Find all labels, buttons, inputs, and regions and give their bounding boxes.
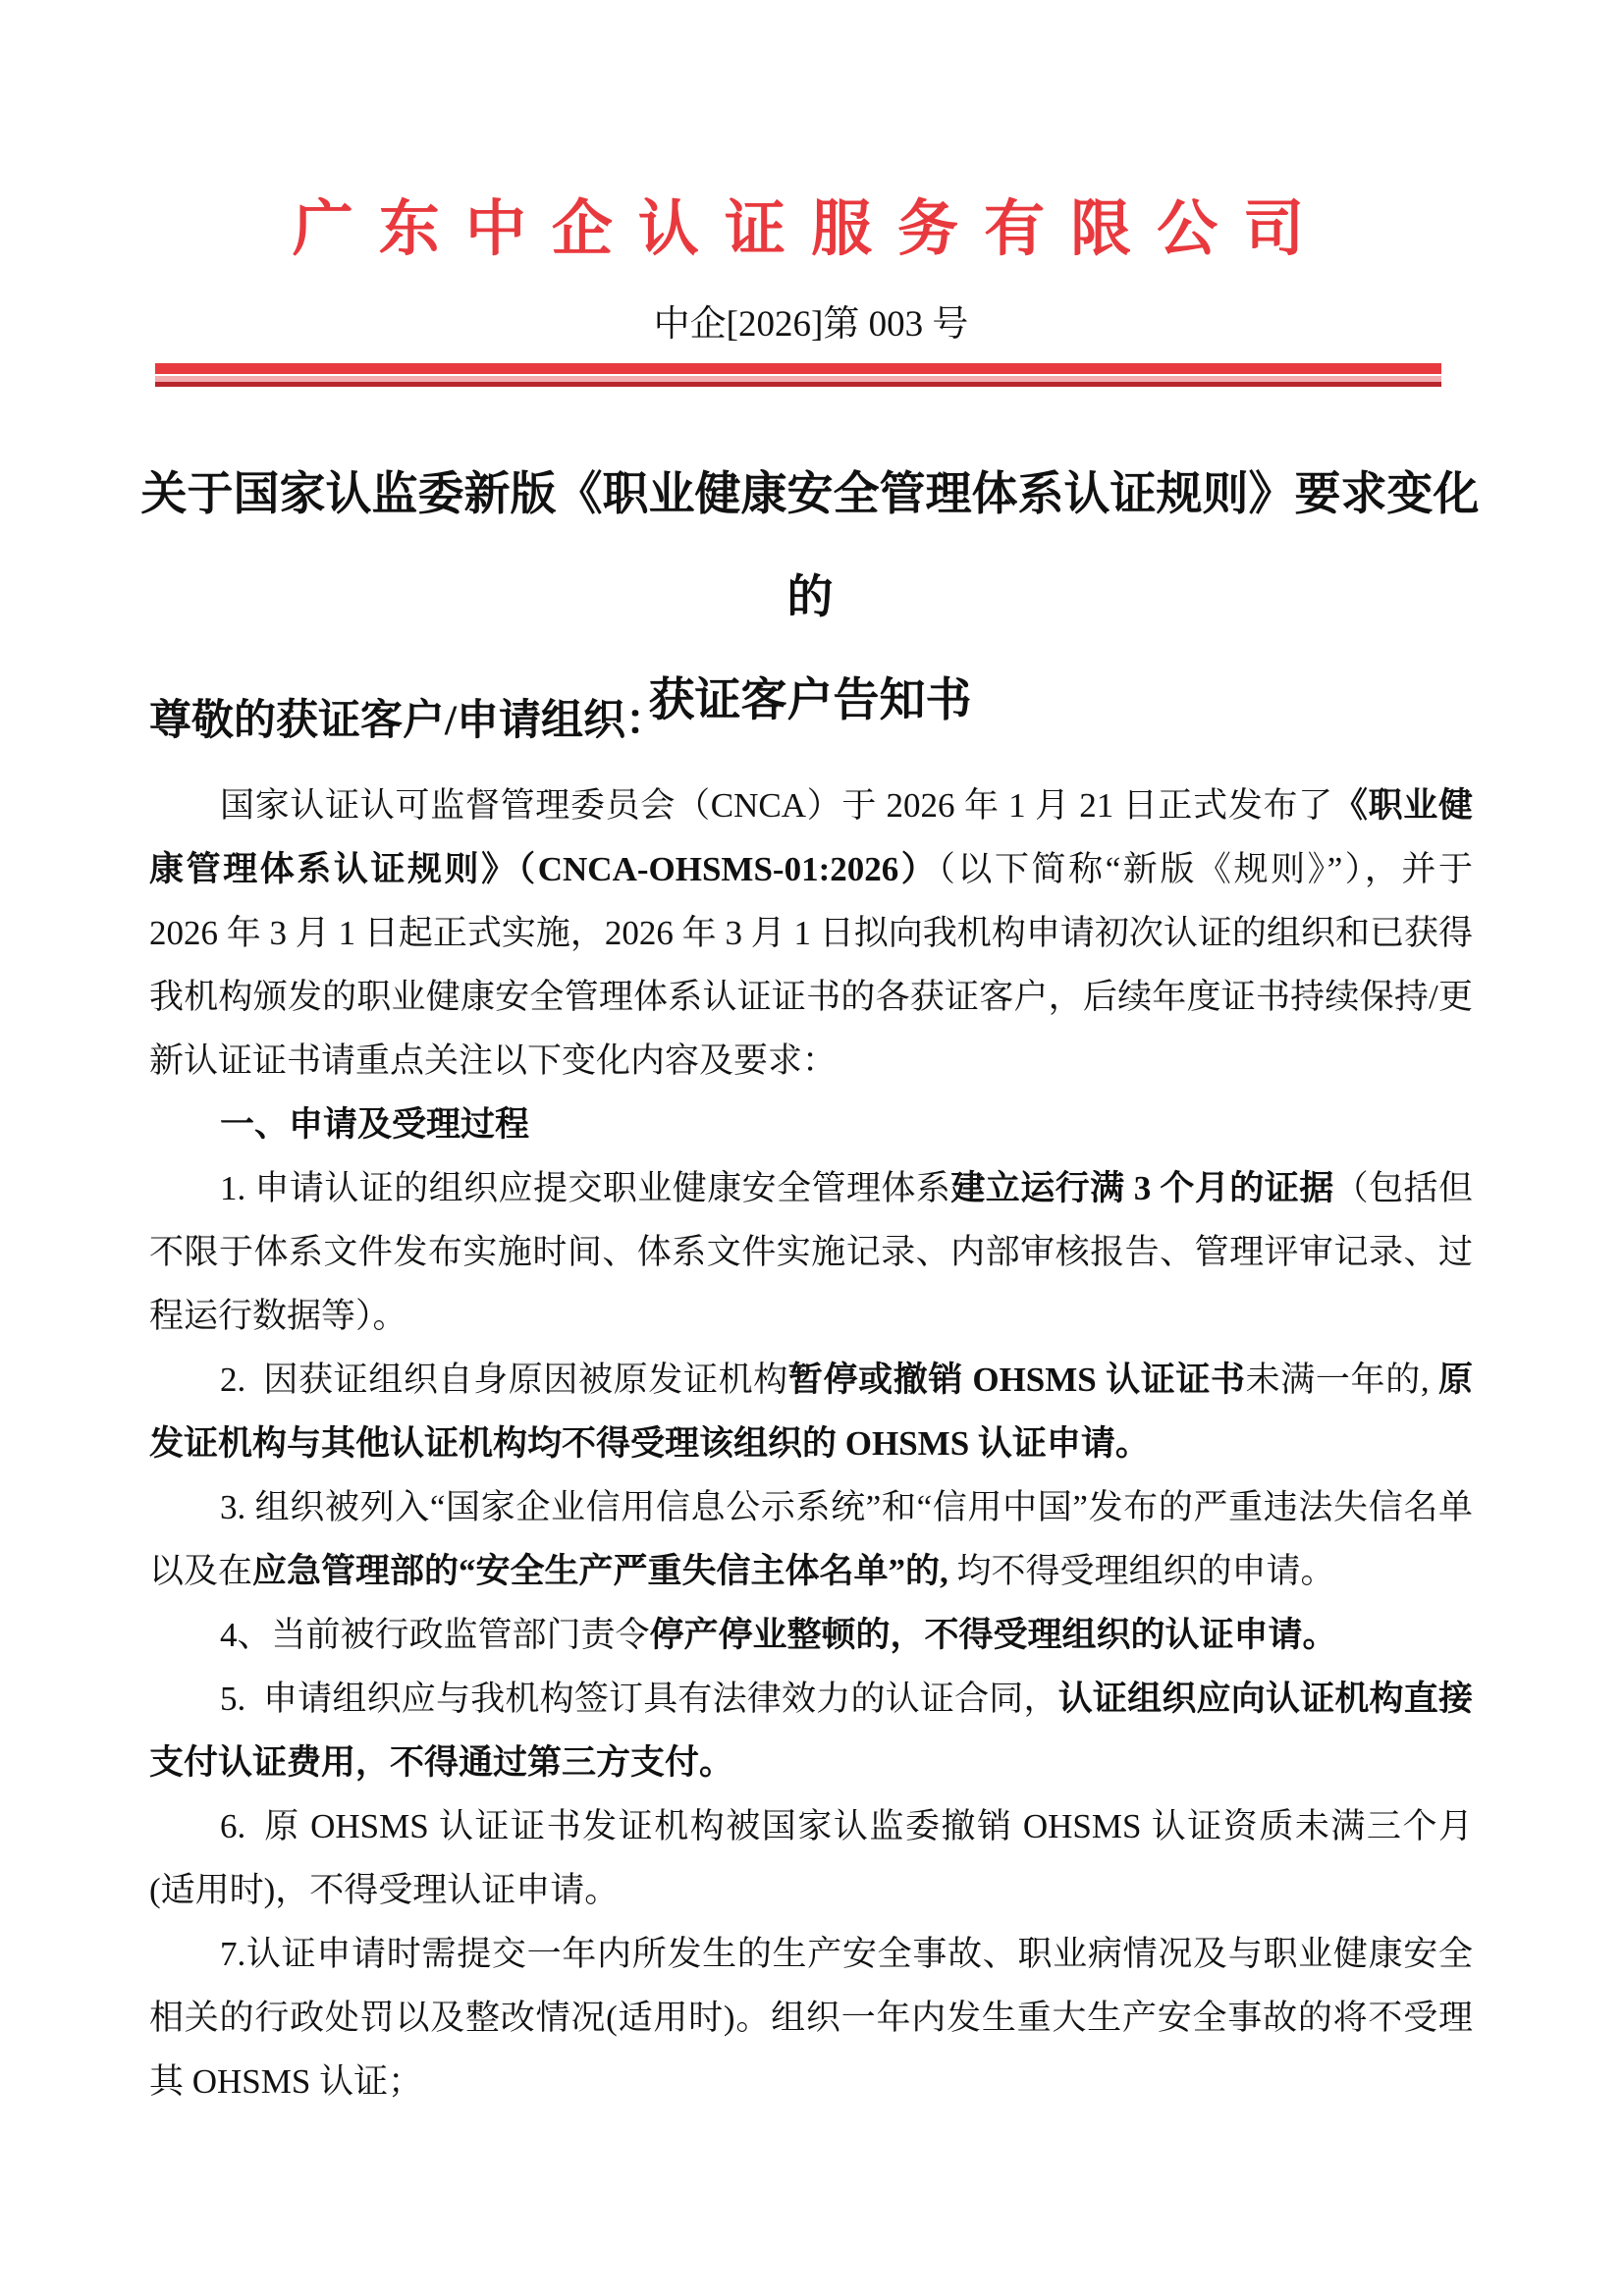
paragraph: 1. 申请认证的组织应提交职业健康安全管理体系建立运行满 3 个月的证据（包括但… — [149, 1156, 1473, 1348]
paragraph: 2. 因获证组织自身原因被原发证机构暂停或撤销 OHSMS 认证证书未满一年的,… — [149, 1348, 1473, 1475]
section-heading: 一、申请及受理过程 — [149, 1093, 1473, 1156]
rule-bar-red — [155, 363, 1441, 374]
paragraph: 国家认证认可监督管理委员会（CNCA）于 2026 年 1 月 21 日正式发布… — [149, 774, 1473, 1093]
organization-name: 广东中企认证服务有限公司 — [149, 180, 1473, 267]
paragraph: 7.认证申请时需提交一年内所发生的生产安全事故、职业病情况及与职业健康安全相关的… — [149, 1922, 1473, 2113]
paragraph: 6. 原 OHSMS 认证证书发证机构被国家认监委撤销 OHSMS 认证资质未满… — [149, 1794, 1473, 1922]
paragraph: 4、当前被行政监管部门责令停产停业整顿的，不得受理组织的认证申请。 — [149, 1603, 1473, 1667]
rule-bar-dark — [155, 382, 1441, 387]
document-title-line1: 关于国家认监委新版《职业健康安全管理体系认证规则》要求变化的 — [128, 444, 1492, 650]
document-body: 国家认证认可监督管理委员会（CNCA）于 2026 年 1 月 21 日正式发布… — [149, 774, 1473, 2113]
document-number: 中企[2026]第 003 号 — [149, 294, 1473, 347]
paragraph: 3. 组织被列入“国家企业信用信息公示系统”和“信用中国”发布的严重违法失信名单… — [149, 1475, 1473, 1603]
red-double-rule — [155, 363, 1441, 387]
document-page: 广东中企认证服务有限公司 中企[2026]第 003 号 关于国家认监委新版《职… — [0, 0, 1624, 2296]
paragraph: 5. 申请组织应与我机构签订具有法律效力的认证合同，认证组织应向认证机构直接支付… — [149, 1667, 1473, 1794]
salutation: 尊敬的获证客户/申请组织： — [149, 687, 1473, 747]
